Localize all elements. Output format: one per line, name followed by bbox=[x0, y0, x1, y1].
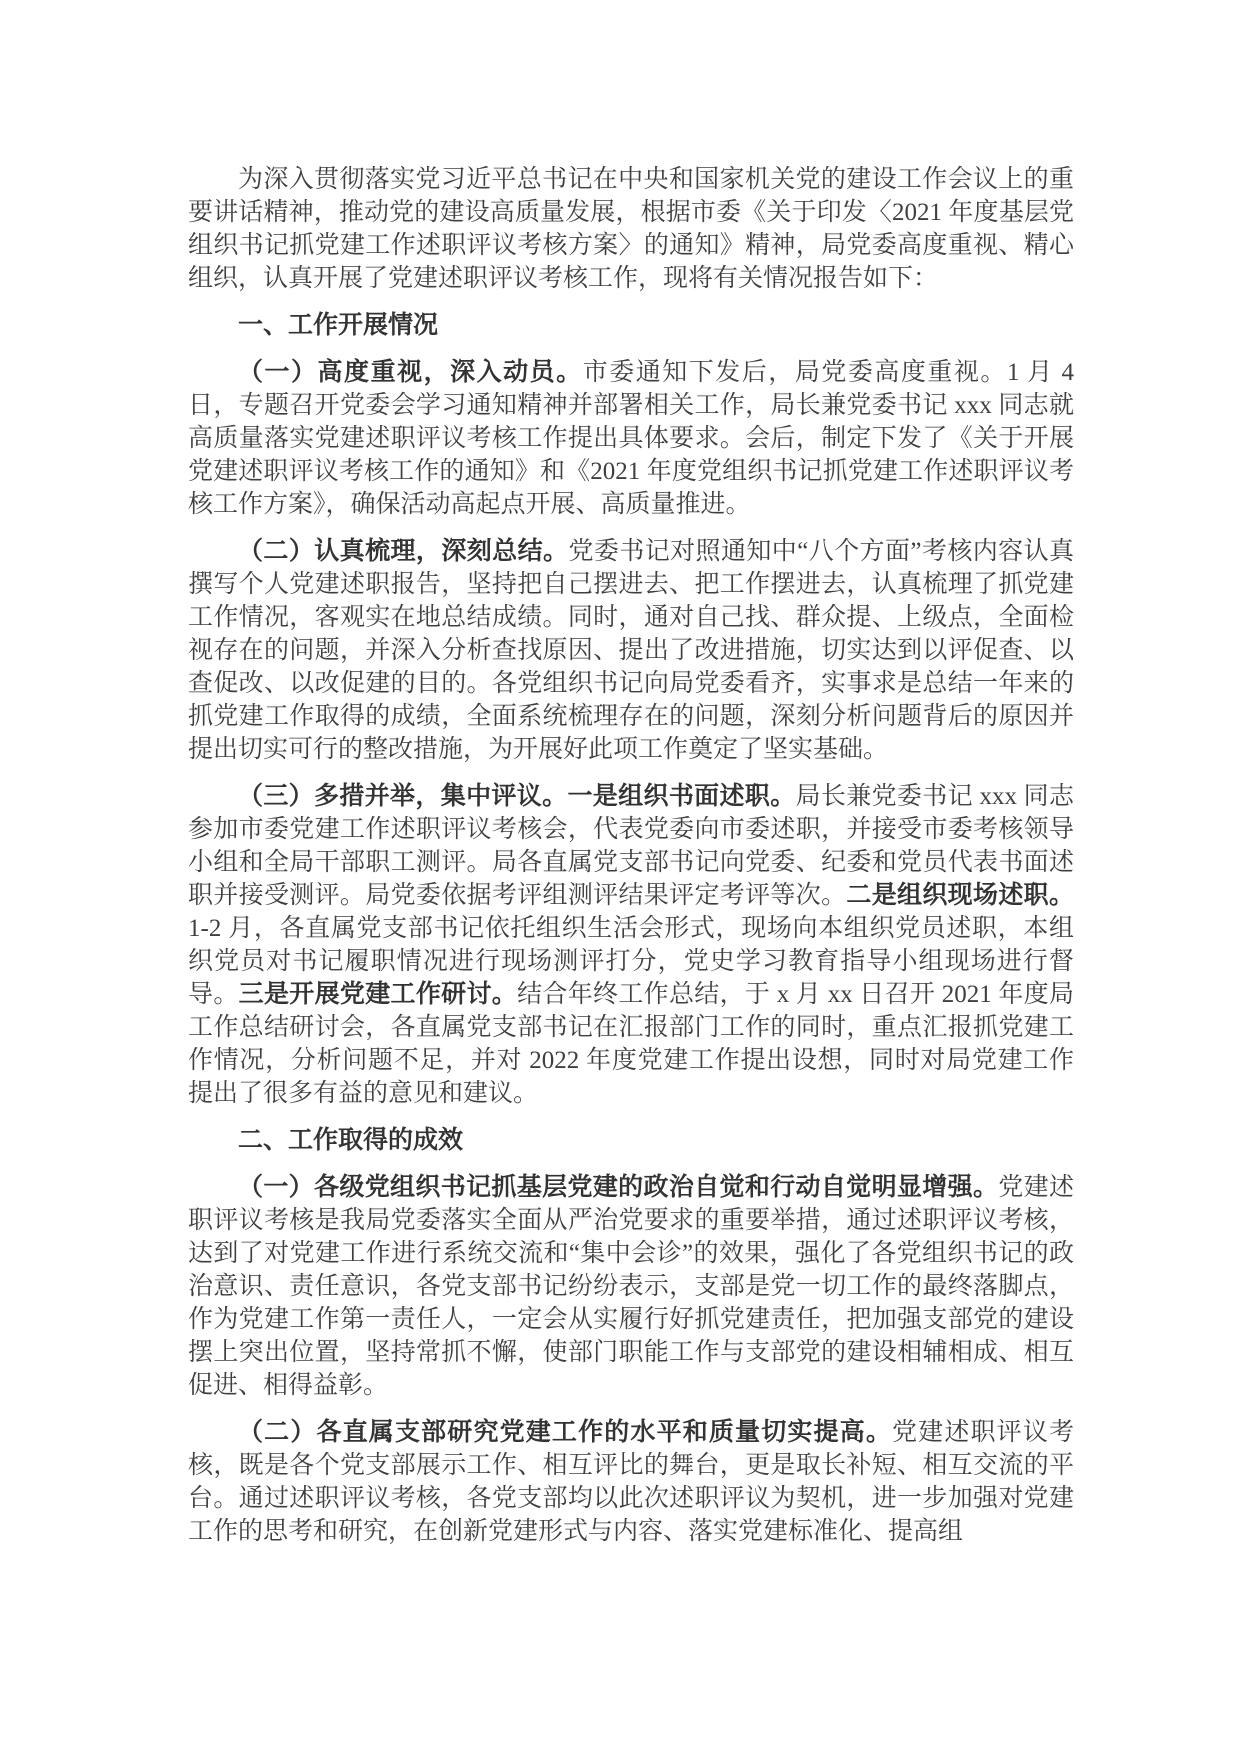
document-body: 为深入贯彻落实党习近平总书记在中央和国家机关党的建设工作会议上的重要讲话精神，推… bbox=[0, 0, 1240, 1562]
bold-text-run: （三）多措并举，集中评议。一是组织书面述职。 bbox=[238, 782, 796, 810]
text-run: 为深入贯彻落实党习近平总书记在中央和国家机关党的建设工作会议上的重要讲话精神，推… bbox=[188, 166, 1074, 292]
body-paragraph: （一）各级党组织书记抓基层党建的政治自觉和行动自觉明显增强。党建述职评议考核是我… bbox=[188, 1171, 1074, 1402]
section-heading: 一、工作开展情况 bbox=[188, 309, 1074, 342]
document-page: 为深入贯彻落实党习近平总书记在中央和国家机关党的建设工作会议上的重要讲话精神，推… bbox=[0, 0, 1240, 1754]
bold-text-run: （二）认真梳理，深刻总结。 bbox=[238, 537, 568, 565]
bold-text-run: 一、工作开展情况 bbox=[238, 311, 438, 339]
body-paragraph: （一）高度重视，深入动员。市委通知下发后，局党委高度重视。1 月 4 日，专题召… bbox=[188, 356, 1074, 521]
body-paragraph: （二）认真梳理，深刻总结。党委书记对照通知中“八个方面”考核内容认真撰写个人党建… bbox=[188, 535, 1074, 766]
bold-text-run: （一）高度重视，深入动员。 bbox=[238, 358, 583, 386]
bold-text-run: 二是组织现场述职。 bbox=[846, 881, 1074, 909]
text-run: 党委书记对照通知中“八个方面”考核内容认真撰写个人党建述职报告，坚持把自己摆进去… bbox=[188, 538, 1074, 763]
body-paragraph: （二）各直属支部研究党建工作的水平和质量切实提高。党建述职评议考核，既是各个党支… bbox=[188, 1416, 1074, 1548]
bold-text-run: （二）各直属支部研究党建工作的水平和质量切实提高。 bbox=[238, 1418, 892, 1446]
body-paragraph: 为深入贯彻落实党习近平总书记在中央和国家机关党的建设工作会议上的重要讲话精神，推… bbox=[188, 163, 1074, 295]
body-paragraph: （三）多措并举，集中评议。一是组织书面述职。局长兼党委书记 xxx 同志参加市委… bbox=[188, 780, 1074, 1110]
bold-text-run: 三是开展党建工作研讨。 bbox=[239, 980, 517, 1008]
text-run: 党建述职评议考核是我局党委落实全面从严治党要求的重要举措，通过述职评议考核，达到… bbox=[188, 1174, 1074, 1399]
bold-text-run: 二、工作取得的成效 bbox=[238, 1126, 463, 1154]
section-heading: 二、工作取得的成效 bbox=[188, 1124, 1074, 1157]
bold-text-run: （一）各级党组织书记抓基层党建的政治自觉和行动自觉明显增强。 bbox=[238, 1173, 998, 1201]
